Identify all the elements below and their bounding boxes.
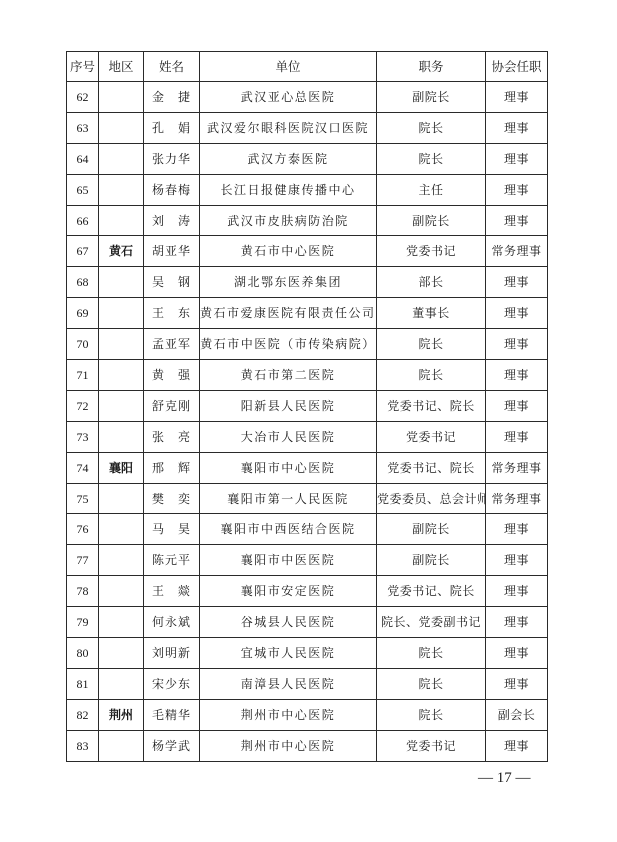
cell-name: 孟亚军 <box>144 329 200 360</box>
cell-seq: 65 <box>67 174 99 205</box>
cell-duty: 院长 <box>377 360 486 391</box>
cell-role: 常务理事 <box>486 483 548 514</box>
cell-unit: 荆州市中心医院 <box>200 699 377 730</box>
cell-name: 胡亚华 <box>144 236 200 267</box>
cell-seq: 73 <box>67 421 99 452</box>
cell-unit: 谷城县人民医院 <box>200 607 377 638</box>
cell-duty: 院长 <box>377 638 486 669</box>
table-row: 81宋少东南漳县人民医院院长理事 <box>67 668 548 699</box>
table-row: 66刘 涛武汉市皮肤病防治院副院长理事 <box>67 205 548 236</box>
cell-unit: 襄阳市中西医结合医院 <box>200 514 377 545</box>
cell-name: 张力华 <box>144 143 200 174</box>
cell-name: 杨春梅 <box>144 174 200 205</box>
cell-unit: 黄石市爱康医院有限责任公司（黄石爱康医院） <box>200 298 377 329</box>
cell-region: 荆州 <box>99 699 144 730</box>
cell-duty: 副院长 <box>377 545 486 576</box>
cell-seq: 69 <box>67 298 99 329</box>
cell-region <box>99 205 144 236</box>
cell-name: 宋少东 <box>144 668 200 699</box>
cell-region <box>99 576 144 607</box>
cell-name: 杨学武 <box>144 730 200 761</box>
cell-region <box>99 82 144 113</box>
cell-region <box>99 390 144 421</box>
cell-unit: 湖北鄂东医养集团 <box>200 267 377 298</box>
cell-role: 理事 <box>486 668 548 699</box>
cell-duty: 部长 <box>377 267 486 298</box>
table-row: 76马 昊襄阳市中西医结合医院副院长理事 <box>67 514 548 545</box>
cell-role: 理事 <box>486 205 548 236</box>
cell-name: 马 昊 <box>144 514 200 545</box>
cell-name: 金 捷 <box>144 82 200 113</box>
header-duty: 职务 <box>377 52 486 82</box>
cell-region: 黄石 <box>99 236 144 267</box>
cell-name: 何永斌 <box>144 607 200 638</box>
cell-role: 理事 <box>486 514 548 545</box>
cell-role: 理事 <box>486 329 548 360</box>
header-region: 地区 <box>99 52 144 82</box>
table-row: 79何永斌谷城县人民医院院长、党委副书记理事 <box>67 607 548 638</box>
cell-name: 张 亮 <box>144 421 200 452</box>
cell-seq: 66 <box>67 205 99 236</box>
cell-duty: 党委书记、院长 <box>377 390 486 421</box>
cell-name: 孔 娟 <box>144 112 200 143</box>
table-header-row: 序号 地区 姓名 单位 职务 协会任职 <box>67 52 548 82</box>
cell-duty: 党委书记、院长 <box>377 576 486 607</box>
cell-region <box>99 360 144 391</box>
cell-seq: 63 <box>67 112 99 143</box>
cell-seq: 75 <box>67 483 99 514</box>
cell-seq: 62 <box>67 82 99 113</box>
cell-role: 理事 <box>486 576 548 607</box>
cell-seq: 71 <box>67 360 99 391</box>
cell-region <box>99 545 144 576</box>
cell-role: 理事 <box>486 545 548 576</box>
cell-unit: 南漳县人民医院 <box>200 668 377 699</box>
table-row: 77陈元平襄阳市中医医院副院长理事 <box>67 545 548 576</box>
cell-duty: 党委书记、院长 <box>377 452 486 483</box>
cell-unit: 大冶市人民医院 <box>200 421 377 452</box>
cell-unit: 宜城市人民医院 <box>200 638 377 669</box>
table-row: 78王 燚襄阳市安定医院党委书记、院长理事 <box>67 576 548 607</box>
cell-region <box>99 143 144 174</box>
cell-unit: 黄石市中医院（市传染病院） <box>200 329 377 360</box>
cell-duty: 院长、党委副书记 <box>377 607 486 638</box>
cell-region <box>99 730 144 761</box>
cell-role: 理事 <box>486 112 548 143</box>
cell-role: 理事 <box>486 730 548 761</box>
cell-role: 理事 <box>486 390 548 421</box>
cell-duty: 主任 <box>377 174 486 205</box>
cell-duty: 院长 <box>377 112 486 143</box>
cell-unit: 武汉市皮肤病防治院 <box>200 205 377 236</box>
cell-region <box>99 638 144 669</box>
cell-role: 常务理事 <box>486 236 548 267</box>
cell-region: 襄阳 <box>99 452 144 483</box>
cell-role: 理事 <box>486 607 548 638</box>
cell-seq: 77 <box>67 545 99 576</box>
cell-unit: 武汉爱尔眼科医院汉口医院 <box>200 112 377 143</box>
cell-duty: 副院长 <box>377 82 486 113</box>
table-row: 65杨春梅长江日报健康传播中心主任理事 <box>67 174 548 205</box>
cell-name: 舒克刚 <box>144 390 200 421</box>
cell-unit: 黄石市中心医院 <box>200 236 377 267</box>
table-row: 63孔 娟武汉爱尔眼科医院汉口医院院长理事 <box>67 112 548 143</box>
table-row: 69王 东黄石市爱康医院有限责任公司（黄石爱康医院）董事长理事 <box>67 298 548 329</box>
cell-role: 常务理事 <box>486 452 548 483</box>
cell-unit: 襄阳市中医医院 <box>200 545 377 576</box>
table-row: 71黄 强黄石市第二医院院长理事 <box>67 360 548 391</box>
cell-role: 理事 <box>486 421 548 452</box>
cell-duty: 党委委员、总会计师 <box>377 483 486 514</box>
cell-seq: 68 <box>67 267 99 298</box>
table-row: 70孟亚军黄石市中医院（市传染病院）院长理事 <box>67 329 548 360</box>
cell-name: 吴 钢 <box>144 267 200 298</box>
cell-region <box>99 607 144 638</box>
cell-name: 黄 强 <box>144 360 200 391</box>
table-row: 62金 捷武汉亚心总医院副院长理事 <box>67 82 548 113</box>
table-row: 72舒克刚阳新县人民医院党委书记、院长理事 <box>67 390 548 421</box>
cell-duty: 院长 <box>377 143 486 174</box>
cell-duty: 党委书记 <box>377 730 486 761</box>
header-name: 姓名 <box>144 52 200 82</box>
cell-seq: 82 <box>67 699 99 730</box>
cell-seq: 81 <box>67 668 99 699</box>
cell-unit: 长江日报健康传播中心 <box>200 174 377 205</box>
cell-seq: 74 <box>67 452 99 483</box>
table-row: 83杨学武荆州市中心医院党委书记理事 <box>67 730 548 761</box>
table-row: 73张 亮大冶市人民医院党委书记理事 <box>67 421 548 452</box>
cell-region <box>99 483 144 514</box>
cell-duty: 副院长 <box>377 205 486 236</box>
cell-unit: 黄石市第二医院 <box>200 360 377 391</box>
table-row: 68吴 钢湖北鄂东医养集团部长理事 <box>67 267 548 298</box>
cell-name: 陈元平 <box>144 545 200 576</box>
cell-unit: 荆州市中心医院 <box>200 730 377 761</box>
cell-seq: 67 <box>67 236 99 267</box>
table-row: 67黄石胡亚华黄石市中心医院党委书记常务理事 <box>67 236 548 267</box>
cell-duty: 院长 <box>377 668 486 699</box>
cell-role: 理事 <box>486 298 548 329</box>
cell-name: 樊 奕 <box>144 483 200 514</box>
cell-region <box>99 421 144 452</box>
cell-role: 理事 <box>486 82 548 113</box>
cell-duty: 董事长 <box>377 298 486 329</box>
cell-name: 毛精华 <box>144 699 200 730</box>
header-association-role: 协会任职 <box>486 52 548 82</box>
cell-role: 理事 <box>486 360 548 391</box>
cell-unit: 襄阳市安定医院 <box>200 576 377 607</box>
cell-region <box>99 298 144 329</box>
cell-region <box>99 668 144 699</box>
cell-seq: 83 <box>67 730 99 761</box>
member-roster-table: 序号 地区 姓名 单位 职务 协会任职 62金 捷武汉亚心总医院副院长理事63孔… <box>66 51 548 762</box>
cell-region <box>99 267 144 298</box>
cell-seq: 72 <box>67 390 99 421</box>
cell-role: 理事 <box>486 267 548 298</box>
cell-unit: 阳新县人民医院 <box>200 390 377 421</box>
cell-role: 理事 <box>486 638 548 669</box>
cell-name: 邢 辉 <box>144 452 200 483</box>
cell-unit: 襄阳市第一人民医院 <box>200 483 377 514</box>
cell-duty: 党委书记 <box>377 421 486 452</box>
cell-seq: 76 <box>67 514 99 545</box>
table-row: 80刘明新宜城市人民医院院长理事 <box>67 638 548 669</box>
cell-unit: 武汉亚心总医院 <box>200 82 377 113</box>
table-body: 62金 捷武汉亚心总医院副院长理事63孔 娟武汉爱尔眼科医院汉口医院院长理事64… <box>67 82 548 762</box>
cell-role: 副会长 <box>486 699 548 730</box>
cell-role: 理事 <box>486 174 548 205</box>
cell-role: 理事 <box>486 143 548 174</box>
cell-unit: 襄阳市中心医院 <box>200 452 377 483</box>
cell-seq: 78 <box>67 576 99 607</box>
table-row: 64张力华武汉方泰医院院长理事 <box>67 143 548 174</box>
cell-duty: 院长 <box>377 329 486 360</box>
cell-seq: 79 <box>67 607 99 638</box>
cell-region <box>99 514 144 545</box>
cell-name: 王 燚 <box>144 576 200 607</box>
header-unit: 单位 <box>200 52 377 82</box>
cell-unit: 武汉方泰医院 <box>200 143 377 174</box>
cell-seq: 80 <box>67 638 99 669</box>
table-row: 75樊 奕襄阳市第一人民医院党委委员、总会计师常务理事 <box>67 483 548 514</box>
cell-region <box>99 329 144 360</box>
cell-seq: 70 <box>67 329 99 360</box>
cell-name: 王 东 <box>144 298 200 329</box>
cell-region <box>99 112 144 143</box>
table-row: 74襄阳邢 辉襄阳市中心医院党委书记、院长常务理事 <box>67 452 548 483</box>
cell-seq: 64 <box>67 143 99 174</box>
cell-duty: 党委书记 <box>377 236 486 267</box>
cell-duty: 副院长 <box>377 514 486 545</box>
cell-name: 刘 涛 <box>144 205 200 236</box>
cell-name: 刘明新 <box>144 638 200 669</box>
table-row: 82荆州毛精华荆州市中心医院院长副会长 <box>67 699 548 730</box>
cell-duty: 院长 <box>377 699 486 730</box>
header-seq: 序号 <box>67 52 99 82</box>
cell-region <box>99 174 144 205</box>
page-number: — 17 — <box>478 770 531 787</box>
